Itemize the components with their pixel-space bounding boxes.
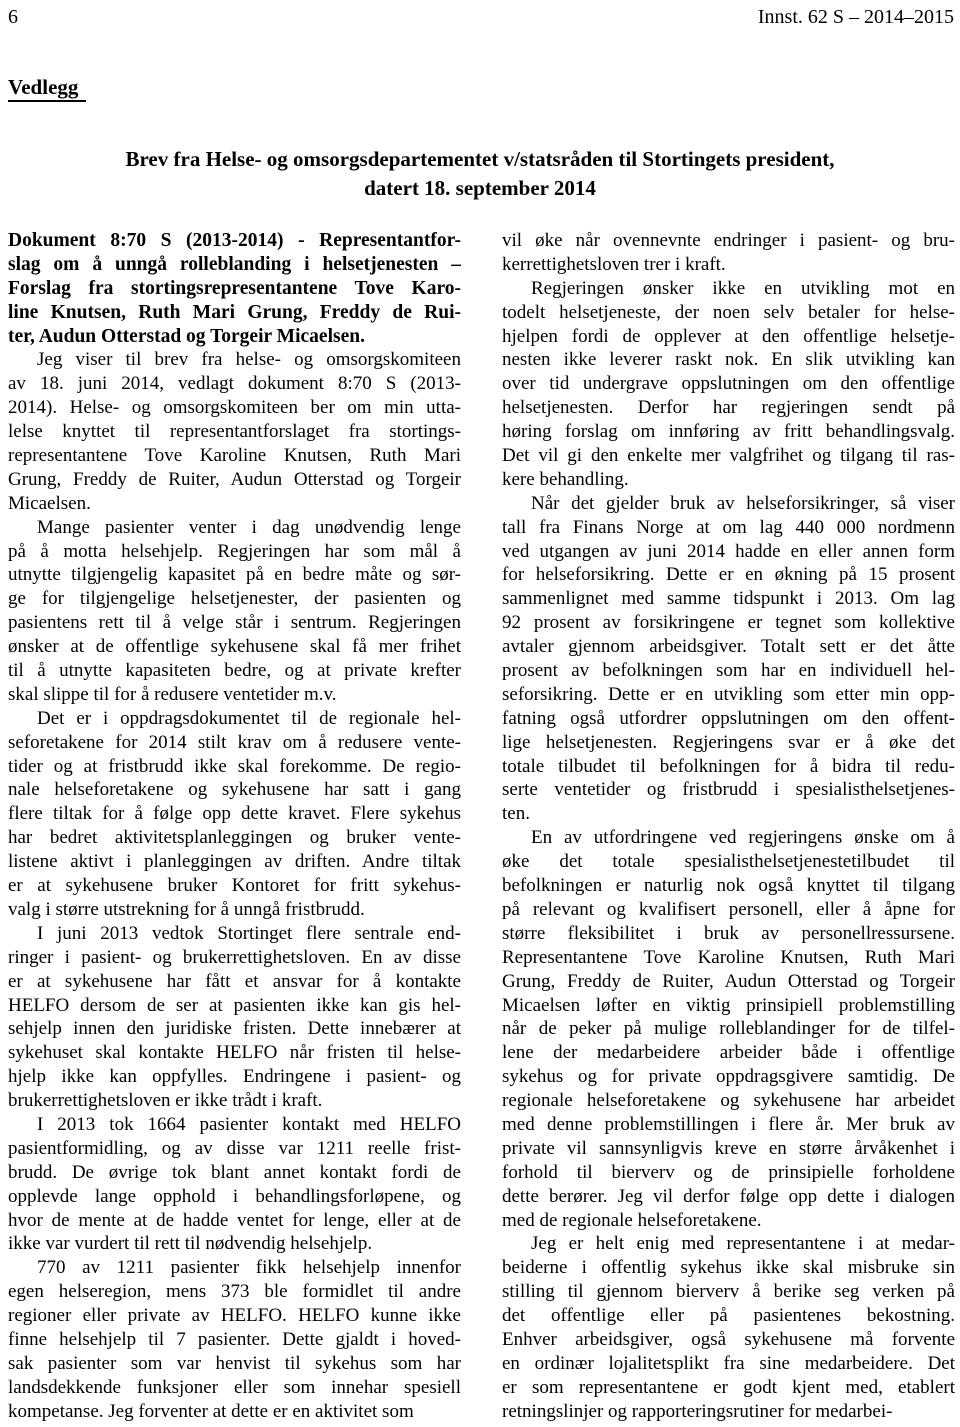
letter-subject-heading: Dokument 8:70 S (2013-2014) - Representa…: [8, 229, 461, 348]
text-line: til å utnytte kapasiteten bedre, og at p…: [8, 659, 461, 683]
text-line: hjelpen fordi de opplever at den offentl…: [502, 325, 955, 349]
document-reference: Innst. 62 S – 2014–2015: [758, 4, 954, 30]
text-line: tall fra Finans Norge at om lag 440 000 …: [502, 516, 955, 540]
text-line: hvor de mente at de hadde ventet for len…: [8, 1209, 461, 1233]
paragraph: Regjeringen ønsker ikke en utvikling mot…: [502, 277, 955, 492]
text-line: på å motta helsehjelp. Regjeringen har s…: [8, 540, 461, 564]
letter-title-line1: Brev fra Helse- og omsorgsdepartementet …: [0, 145, 960, 174]
text-line: sak pasienter som var henvist til sykehu…: [8, 1352, 461, 1376]
text-line: flere tiltak for å følge opp dette krave…: [8, 802, 461, 826]
paragraph: vil øke når ovennevnte endringer i pasie…: [502, 229, 955, 277]
text-line: lige helsetjenesten. Regjeringens svar e…: [502, 731, 955, 755]
paragraph: Jeg er helt enig med representantene i a…: [502, 1232, 955, 1423]
text-line: det offentlige eller på pasientenes beko…: [502, 1304, 955, 1328]
left-column: Dokument 8:70 S (2013-2014) - Representa…: [8, 229, 461, 1424]
text-line: I 2013 tok 1664 pasienter kontakt med HE…: [8, 1113, 461, 1137]
page-number: 6: [8, 4, 18, 30]
text-line: line Knutsen, Ruth Mari Grung, Freddy de…: [8, 301, 461, 325]
text-line: pasientens rett til å velge står i sentr…: [8, 611, 461, 635]
text-line: Grung, Freddy de Ruiter, Audun Otterstad…: [8, 468, 461, 492]
text-line: listene aktivt i planleggingen av drifte…: [8, 850, 461, 874]
text-line: egen helseregion, mens 373 ble formidlet…: [8, 1280, 461, 1304]
text-line: øke det totale spesialisthelsetjenesteti…: [502, 850, 955, 874]
text-line: en ordinær lojalitetsplikt fra sine meda…: [502, 1352, 955, 1376]
text-line: Enhver arbeidsgiver, også sykehusene må …: [502, 1328, 955, 1352]
text-line: helsetjenesten. Derfor har regjeringen s…: [502, 396, 955, 420]
paragraph: I juni 2013 vedtok Stortinget flere sent…: [8, 922, 461, 1113]
text-line: Det vil gi den enkelte mer valgfrihet og…: [502, 444, 955, 468]
text-line: ønsker at de offentlige sykehusene skal …: [8, 635, 461, 659]
text-line: beiderne i offentlig sykehus ikke skal m…: [502, 1256, 955, 1280]
text-line: ringer i pasient- og brukerrettighetslov…: [8, 946, 461, 970]
text-line: Det er i oppdragsdokumentet til de regio…: [8, 707, 461, 731]
text-line: kompetanse. Jeg forventer at dette er en…: [8, 1400, 461, 1424]
text-line: tider og at fristbrudd ikke skal forekom…: [8, 755, 461, 779]
text-line: dette berører. Jeg vil derfor følge opp …: [502, 1185, 955, 1209]
text-line: Micaelsen.: [8, 492, 461, 516]
text-line: I juni 2013 vedtok Stortinget flere sent…: [8, 922, 461, 946]
two-column-body: Dokument 8:70 S (2013-2014) - Representa…: [0, 229, 960, 1424]
text-line: opplevde lange opphold i behandlingsforl…: [8, 1185, 461, 1209]
text-line: slag om å unngå rolleblanding i helsetje…: [8, 253, 461, 277]
text-line: Dokument 8:70 S (2013-2014) - Representa…: [8, 229, 461, 253]
text-line: Representantene Tove Karoline Knutsen, R…: [502, 946, 955, 970]
text-line: En av utfordringene ved regjeringens øns…: [502, 826, 955, 850]
right-column: vil øke når ovennevnte endringer i pasie…: [502, 229, 955, 1424]
text-line: er som representantene er godt kjent med…: [502, 1376, 955, 1400]
text-line: med de regionale helseforetakene.: [502, 1209, 955, 1233]
text-line: forhold til bierverv og de prinsipielle …: [502, 1161, 955, 1185]
text-line: for helseforsikring. Dette er en økning …: [502, 563, 955, 587]
text-line: ved utgangen av juni 2014 hadde en eller…: [502, 540, 955, 564]
text-line: Micaelsen løfter en viktig prinsipiell p…: [502, 994, 955, 1018]
text-line: lelse knyttet til representantforslaget …: [8, 420, 461, 444]
text-line: har bedret aktivitetsplanleggingen og br…: [8, 826, 461, 850]
text-line: finne helsehjelp til 7 pasienter. Dette …: [8, 1328, 461, 1352]
text-line: nesten ikke leverer raskt nok. En slik u…: [502, 348, 955, 372]
paragraph: Jeg viser til brev fra helse- og omsorgs…: [8, 348, 461, 515]
text-line: vil øke når ovennevnte endringer i pasie…: [502, 229, 955, 253]
text-line: stilling til gjennom bierverv å berike s…: [502, 1280, 955, 1304]
paragraph: Når det gjelder bruk av helseforsikringe…: [502, 492, 955, 826]
text-line: 770 av 1211 pasienter fikk helsehjelp in…: [8, 1256, 461, 1280]
text-line: serte ventetider og fristbrudd i spesial…: [502, 778, 955, 802]
text-line: representantene Tove Karoline Knutsen, R…: [8, 444, 461, 468]
text-line: med denne problemstillingen i flere år. …: [502, 1113, 955, 1137]
text-line: skal slippe til for å redusere ventetide…: [8, 683, 461, 707]
text-line: retningslinjer og rapporteringsrutiner f…: [502, 1400, 955, 1424]
letter-title: Brev fra Helse- og omsorgsdepartementet …: [0, 145, 960, 203]
text-line: når de peker på mulige rolleblandinger f…: [502, 1017, 955, 1041]
text-line: brudd. De øvrige tok blant annet kontakt…: [8, 1161, 461, 1185]
text-line: befolkningen er naturlig nok også knytte…: [502, 874, 955, 898]
text-line: sykehuset skal kontakte HELFO når friste…: [8, 1041, 461, 1065]
text-line: Grung, Freddy de Ruiter, Audun Otterstad…: [502, 970, 955, 994]
text-line: prosent av befolkningen som har en indiv…: [502, 659, 955, 683]
text-line: 92 prosent av forsikringene er tegnet so…: [502, 611, 955, 635]
text-line: Mange pasienter venter i dag unødvendig …: [8, 516, 461, 540]
text-line: sehjelp innen den juridiske fristen. Det…: [8, 1017, 461, 1041]
text-line: pasientformidling, og av disse var 1211 …: [8, 1137, 461, 1161]
text-line: valg i større utstrekning for å unngå fr…: [8, 898, 461, 922]
text-line: ten.: [502, 802, 955, 826]
text-line: ikke var vurdert til rett til nødvendig …: [8, 1232, 461, 1256]
text-line: Forslag fra stortingsrepresentantene Tov…: [8, 277, 461, 301]
text-line: totale tilbudet til befolkningen for å b…: [502, 755, 955, 779]
text-line: Regjeringen ønsker ikke en utvikling mot…: [502, 277, 955, 301]
text-line: seforsikring. Dette er en utvikling som …: [502, 683, 955, 707]
text-line: av 18. juni 2014, vedlagt dokument 8:70 …: [8, 372, 461, 396]
text-line: er at sykehusene bruker Kontoret for fri…: [8, 874, 461, 898]
text-line: private vil sannsynligvis kreve en størr…: [502, 1137, 955, 1161]
paragraph: Det er i oppdragsdokumentet til de regio…: [8, 707, 461, 922]
text-line: hjelp ikke kan oppfylles. Endringene i p…: [8, 1065, 461, 1089]
text-line: ter, Audun Otterstad og Torgeir Micaelse…: [8, 325, 461, 349]
text-line: Jeg viser til brev fra helse- og omsorgs…: [8, 348, 461, 372]
text-line: større fleksibilitet i bruk av personell…: [502, 922, 955, 946]
text-line: avtaler gjennom arbeidsgiver. Totalt set…: [502, 635, 955, 659]
paragraph: En av utfordringene ved regjeringens øns…: [502, 826, 955, 1232]
text-line: seforetakene for 2014 stilt krav om å re…: [8, 731, 461, 755]
paragraph: 770 av 1211 pasienter fikk helsehjelp in…: [8, 1256, 461, 1423]
attachment-heading: Vedlegg: [8, 76, 86, 102]
text-line: 2014). Helse- og omsorgskomiteen ber om …: [8, 396, 461, 420]
text-line: kerrettighetsloven trer i kraft.: [502, 253, 955, 277]
attachment-section: Vedlegg: [0, 76, 960, 104]
text-line: høring forslag om innføring av fritt beh…: [502, 420, 955, 444]
text-line: landsdekkende funksjoner eller som inneh…: [8, 1376, 461, 1400]
text-line: på relevant og kvalifisert personell, el…: [502, 898, 955, 922]
text-line: Jeg er helt enig med representantene i a…: [502, 1232, 955, 1256]
paragraph: I 2013 tok 1664 pasienter kontakt med HE…: [8, 1113, 461, 1256]
text-line: todelt helsetjeneste, der noen selv beta…: [502, 301, 955, 325]
text-line: regionale helseforetakene og sykehusene …: [502, 1089, 955, 1113]
text-line: sykehus og for private oppdragsgivere sa…: [502, 1065, 955, 1089]
text-line: fatning også utfordrer oppslutningen om …: [502, 707, 955, 731]
text-line: nale helseforetakene og sykehusene har s…: [8, 778, 461, 802]
text-line: er at sykehusene har fått et ansvar for …: [8, 970, 461, 994]
text-line: over tid undergrave oppslutningen om den…: [502, 372, 955, 396]
paragraph: Mange pasienter venter i dag unødvendig …: [8, 516, 461, 707]
text-line: HELFO dersom de ser at pasienten ikke ka…: [8, 994, 461, 1018]
text-line: ge for tilgjengelige helsetjenester, der…: [8, 587, 461, 611]
page-header: 6 Innst. 62 S – 2014–2015: [0, 4, 960, 30]
text-line: utnytte tilgjengelig kapasitet på en bed…: [8, 563, 461, 587]
text-line: sammenlignet med samme tidspunkt i 2013.…: [502, 587, 955, 611]
text-line: Når det gjelder bruk av helseforsikringe…: [502, 492, 955, 516]
text-line: brukerrettighetsloven er ikke trådt i kr…: [8, 1089, 461, 1113]
text-line: regioner eller private av HELFO. HELFO k…: [8, 1304, 461, 1328]
document-page: 6 Innst. 62 S – 2014–2015 Vedlegg Brev f…: [0, 0, 960, 1427]
letter-title-line2: datert 18. september 2014: [0, 174, 960, 203]
text-line: lene der medarbeidere arbeider både i of…: [502, 1041, 955, 1065]
text-line: kere behandling.: [502, 468, 955, 492]
